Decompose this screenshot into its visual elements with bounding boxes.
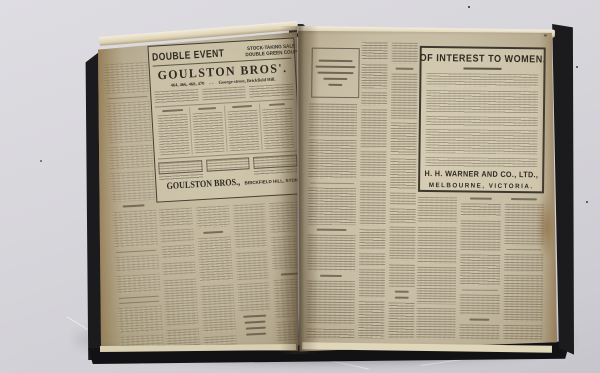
paragraph (426, 73, 538, 87)
dust-speck (586, 201, 588, 203)
ad-title-double-event: DOUBLE EVENT (152, 47, 225, 63)
left-page-columns-below-ad (159, 201, 310, 351)
text-column (460, 197, 501, 341)
ad-note-block (154, 89, 198, 103)
text-column (159, 208, 200, 352)
right-page-content: THE SYDNEY MORNING HERALD. OF INTEREST T… (294, 27, 557, 355)
left-page: THE SYDNEY MORNING HERALD. DOUBLE EVENT … (97, 31, 298, 352)
goulston-bros-ad: DOUBLE EVENT STOCK-TAKING SALE and DOUBL… (147, 37, 303, 202)
ad-note-block (202, 86, 246, 100)
dust-speck (576, 66, 578, 68)
ad-price-list-grid (155, 99, 297, 160)
text-column (358, 42, 388, 340)
warner-headline: OF INTEREST TO WOMEN. (419, 53, 545, 67)
text-column (232, 203, 273, 347)
paragraph (425, 129, 537, 154)
text-column (306, 104, 357, 341)
paragraph (425, 157, 537, 167)
ad-list-column (155, 108, 192, 157)
double-rule (464, 67, 502, 69)
ad-note-block (249, 84, 293, 98)
ad-list-column (189, 106, 227, 155)
paragraph (426, 90, 538, 113)
ad-list-column (224, 104, 262, 153)
warner-body-text (425, 73, 538, 167)
photo-of-bound-newspaper-volume: THE SYDNEY MORNING HERALD. DOUBLE EVENT … (0, 0, 600, 373)
ad-offer-box (253, 154, 297, 168)
ad-list-column (259, 102, 297, 151)
text-column (416, 197, 457, 341)
dust-speck (40, 160, 42, 162)
right-page-columns-below-ad (416, 197, 544, 343)
ad-offer-box (158, 160, 202, 174)
text-column (503, 198, 544, 342)
paragraph (426, 116, 538, 126)
right-page-column-1 (306, 104, 357, 341)
left-page-content: THE SYDNEY MORNING HERALD. DOUBLE EVENT … (97, 31, 316, 363)
ad-subtitle: STOCK-TAKING SALE and DOUBLE GREEN COUPO… (245, 42, 307, 58)
dust-speck (468, 6, 470, 8)
right-page: THE SYDNEY MORNING HERALD. OF INTEREST T… (298, 27, 557, 352)
warner-company-name: H. H. WARNER AND CO., LTD., (424, 169, 538, 180)
notice-box (311, 48, 360, 99)
right-page-columns-2-3 (358, 42, 418, 341)
text-column (196, 206, 237, 350)
warner-ad: OF INTEREST TO WOMEN. H. H. WARNER AND C… (418, 46, 546, 194)
text-column (388, 43, 418, 341)
warner-location: MELBOURNE, VICTORIA. (429, 181, 534, 191)
goulston-footer-location: BRICKFIELD HILL, SYDNEY (244, 177, 304, 185)
page-number-mark (544, 34, 547, 36)
ad-offer-box (206, 157, 250, 171)
